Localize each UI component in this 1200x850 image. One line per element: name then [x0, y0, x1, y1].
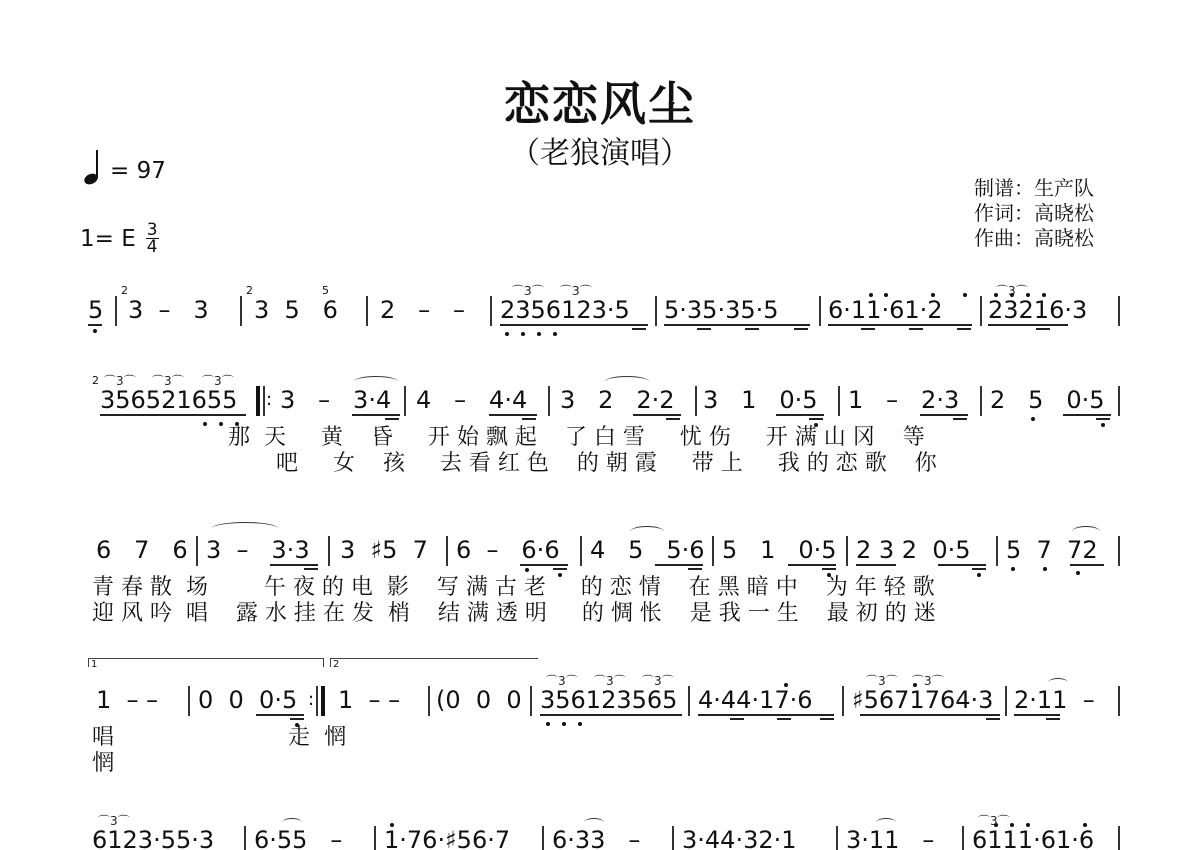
measure: 2·11 –	[1014, 686, 1095, 714]
song-title: 恋恋风尘	[0, 68, 1200, 134]
credit-arranger: 制谱：生产队	[974, 176, 1094, 201]
measure: 6111·61·6	[972, 826, 1094, 850]
measure: 1 – –	[338, 686, 400, 714]
measure: 3 – 3	[128, 296, 209, 324]
measure: (0 0 0	[436, 686, 522, 714]
measure: 5 7 72	[1006, 536, 1098, 564]
key-signature: 1= E 3 4	[80, 222, 159, 255]
measure: 6·11·61·2	[828, 296, 943, 324]
measure: 0 0 0·5	[198, 686, 297, 714]
grace-note: 2	[92, 374, 99, 387]
measure: 2 5 0·5	[990, 386, 1104, 414]
measure: 1 – 2·3	[848, 386, 959, 414]
lyrics-verse-2: 迎 风 吟 唱 露 水 挂 在 发 梢 结 满 透 明 的 惆 怅 是 我 一 …	[92, 602, 936, 626]
barline	[980, 296, 982, 326]
measure: 6 7 6	[96, 536, 188, 564]
repeat-start-barline	[256, 386, 260, 416]
measure: 3 1 0·5	[703, 386, 817, 414]
lyrics-verse-1: 唱	[92, 726, 114, 750]
barline	[366, 296, 368, 326]
quarter-note-icon	[84, 150, 100, 184]
barline	[490, 296, 492, 326]
measure: 3 – 3·4	[280, 386, 391, 414]
barline	[240, 296, 242, 326]
measure: 4 5 5·6	[590, 536, 704, 564]
measure: 4·44·17·6	[698, 686, 813, 714]
pickup-note: 5	[88, 296, 103, 324]
lyrics-verse-2: 吧 女 孩 去 看 红 色 的 朝 霞 带 上 我 的 恋 歌 你	[276, 452, 937, 476]
lyrics-verse-1: 那 天 黄 昏 开 始 飘 起 了 白 雪 忧 伤 开 满 山 冈 等	[228, 426, 925, 450]
measure: 3·11 –	[846, 826, 934, 850]
barline	[115, 296, 117, 326]
measure: 2 – –	[380, 296, 465, 324]
low-octave-dot	[93, 329, 97, 333]
credit-composer: 作曲：高晓松	[974, 226, 1094, 251]
tempo-value: = 97	[110, 158, 166, 184]
time-signature: 3 4	[146, 222, 159, 255]
measure: 5·35·35·5	[664, 296, 779, 324]
grace-note: 2	[121, 284, 128, 297]
barline	[655, 296, 657, 326]
measure: 2 3 2 0·5	[856, 536, 971, 564]
measure: 6123·55·3	[92, 826, 214, 850]
measure: 1·76·♯56·7	[384, 826, 510, 850]
measure: 3 2 2·2	[560, 386, 674, 414]
key-label: 1= E	[80, 226, 136, 252]
measure: 6·55 –	[254, 826, 342, 850]
measure: 356521655	[100, 386, 237, 414]
measure: 3 – 3·3	[206, 536, 310, 564]
repeat-end-barline	[321, 686, 325, 716]
tempo-marking: = 97	[84, 150, 166, 184]
lyrics-verse-1: 青 春 散 场 午 夜 的 电 影 写 满 古 老 的 恋 情 在 黑 暗 中 …	[92, 576, 935, 600]
time-signature-denominator: 4	[147, 239, 158, 255]
grace-note: 2	[246, 284, 253, 297]
lyrics-verse-2: 惘	[92, 752, 114, 776]
grace-note: 5	[322, 284, 329, 297]
measure: 3·44·32·1	[682, 826, 797, 850]
measure: 1 – –	[96, 686, 158, 714]
credit-lyricist: 作词：高晓松	[974, 201, 1094, 226]
song-subtitle: （老狼演唱）	[0, 128, 1200, 172]
measure: 5 1 0·5	[722, 536, 836, 564]
measure: 6·33 –	[552, 826, 640, 850]
credits: 制谱：生产队 作词：高晓松 作曲：高晓松	[974, 176, 1094, 251]
measure: 23216·3	[988, 296, 1087, 324]
volta-1: 1	[88, 658, 324, 667]
lyrics-verse-1: 走 惘	[288, 726, 346, 750]
volta-2: 2	[330, 658, 538, 667]
barline	[819, 296, 821, 326]
barline	[1118, 296, 1120, 326]
measure: 2356123·5	[500, 296, 630, 324]
measure: 6 – 6·6	[456, 536, 560, 564]
measure: 3 5 6	[254, 296, 338, 324]
measure: 4 – 4·4	[416, 386, 527, 414]
measure: 3 ♯5 7	[340, 536, 428, 564]
measure: 356123565	[540, 686, 677, 714]
measure: ♯5671764·3	[852, 686, 993, 714]
